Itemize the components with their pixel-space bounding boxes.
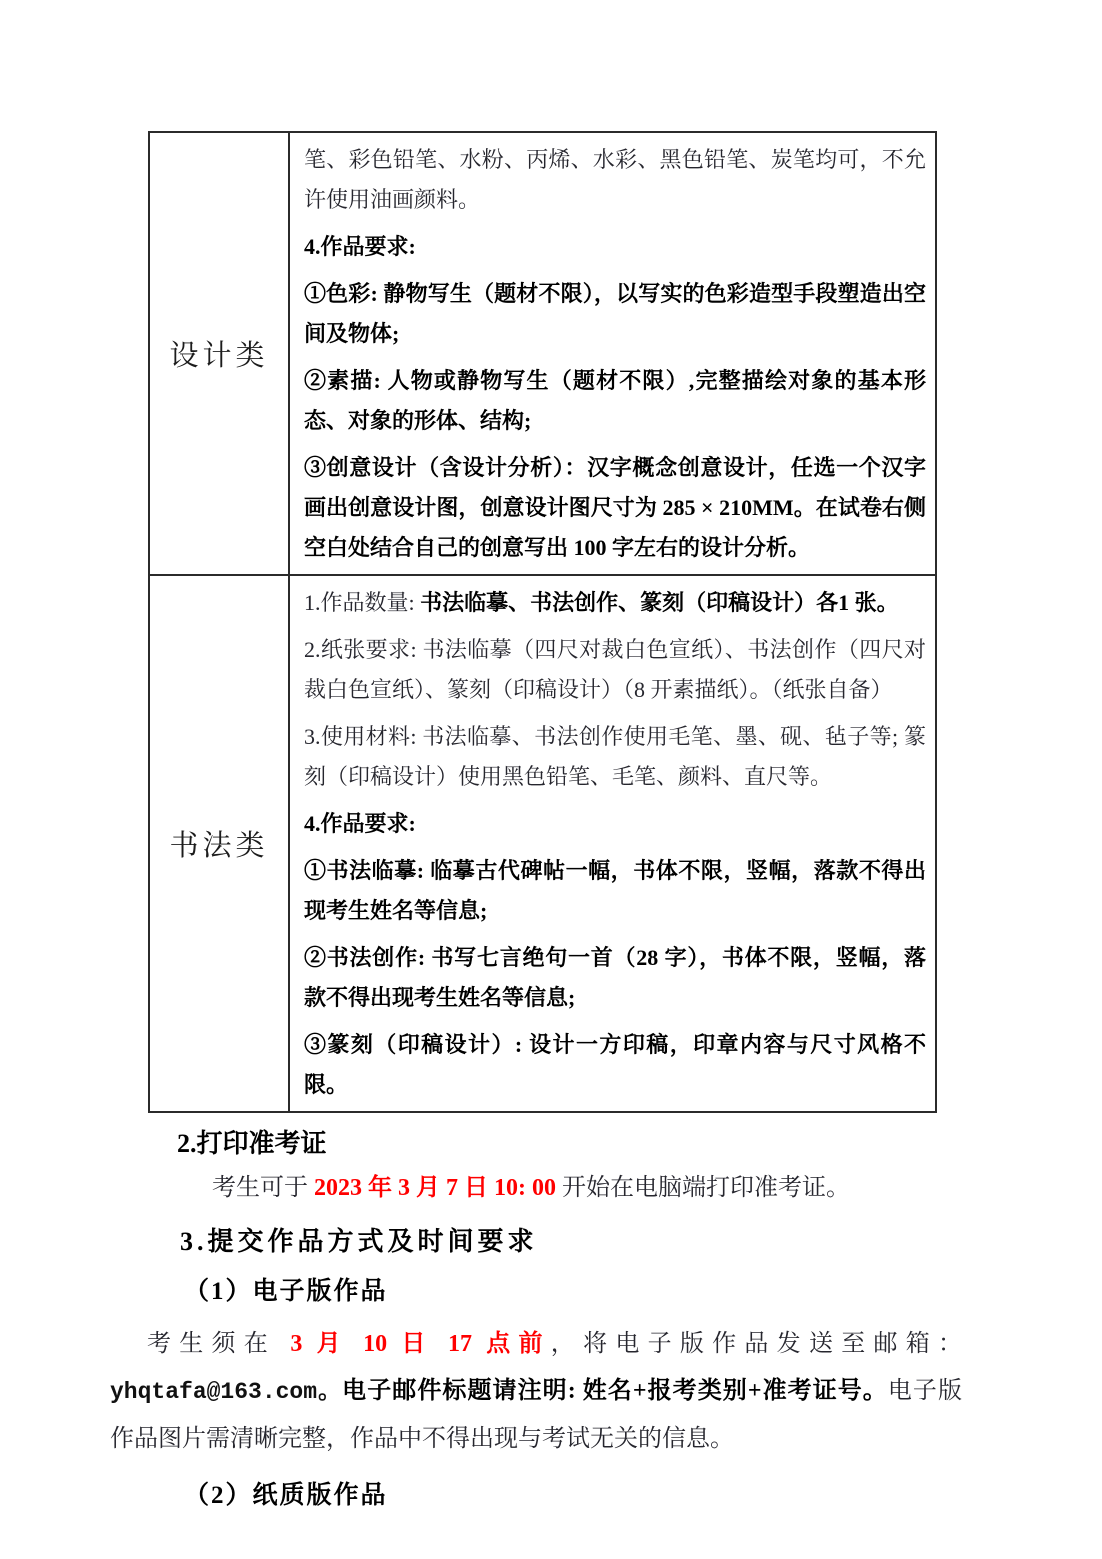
tail-line2: 电子版 bbox=[888, 1378, 962, 1404]
electronic-works-paragraph: 考生须在 3 月 10 日 17 点前，将电子版作品发送至邮箱： yhqtafa… bbox=[110, 1321, 962, 1463]
line1-prefix: 考生须在 bbox=[147, 1331, 290, 1357]
email-address: yhqtafa@163.com。 bbox=[110, 1379, 342, 1405]
design-work-requirements-heading: 4.作品要求: bbox=[304, 227, 926, 267]
email-subject-note: 电子邮件标题请注明: 姓名+报考类别+准考证号。 bbox=[342, 1378, 888, 1404]
design-item-creative-design: ③创意设计（含设计分析）：汉字概念创意设计，任选一个汉字画出创意设计图，创意设计… bbox=[304, 448, 926, 568]
document-content: 设计类 笔、彩色铅笔、水粉、丙烯、水彩、黑色铅笔、炭笔均可，不允许使用油画颜料。… bbox=[110, 131, 962, 1513]
print-ticket-suffix: 开始在电脑端打印准考证。 bbox=[556, 1175, 850, 1201]
calligraphy-item-creation: ②书法创作: 书写七言绝句一首（28 字），书体不限，竖幅，落款不得出现考生姓名… bbox=[304, 938, 926, 1018]
deadline-highlight: 3 月 10 日 17 点前 bbox=[290, 1331, 550, 1357]
calligraphy-requirements-cell: 1.作品数量: 书法临摹、书法创作、篆刻（印稿设计）各1 张。 2.纸张要求: … bbox=[290, 574, 935, 1111]
calligraphy-work-requirements-heading: 4.作品要求: bbox=[304, 804, 926, 844]
calligraphy-item-seal: ③篆刻（印稿设计）: 设计一方印稿，印章内容与尺寸风格不限。 bbox=[304, 1025, 926, 1105]
electronic-works-line2: yhqtafa@163.com。电子邮件标题请注明: 姓名+报考类别+准考证号。… bbox=[110, 1368, 962, 1416]
subheading-paper-works: （2）纸质版作品 bbox=[184, 1479, 962, 1513]
electronic-works-line1: 考生须在 3 月 10 日 17 点前，将电子版作品发送至邮箱： bbox=[110, 1321, 962, 1368]
design-requirements-cell: 笔、彩色铅笔、水粉、丙烯、水彩、黑色铅笔、炭笔均可，不允许使用油画颜料。 4.作… bbox=[290, 133, 935, 574]
category-cell-calligraphy: 书法类 bbox=[150, 574, 290, 1111]
category-label-design: 设计类 bbox=[169, 333, 268, 374]
electronic-works-line3: 作品图片需清晰完整，作品中不得出现与考试无关的信息。 bbox=[110, 1416, 962, 1463]
category-label-calligraphy: 书法类 bbox=[169, 823, 268, 864]
document-page: 设计类 笔、彩色铅笔、水粉、丙烯、水彩、黑色铅笔、炭笔均可，不允许使用油画颜料。… bbox=[0, 0, 1102, 1559]
calligraphy-materials: 3.使用材料: 书法临摹、书法创作使用毛笔、墨、砚、毡子等; 篆刻（印稿设计）使… bbox=[304, 717, 926, 797]
category-cell-design: 设计类 bbox=[150, 133, 290, 574]
design-item-color: ①色彩: 静物写生（题材不限），以写实的色彩造型手段塑造出空间及物体; bbox=[304, 274, 926, 354]
subheading-electronic-works: （1）电子版作品 bbox=[184, 1275, 962, 1309]
design-materials-continuation: 笔、彩色铅笔、水粉、丙烯、水彩、黑色铅笔、炭笔均可，不允许使用油画颜料。 bbox=[304, 140, 926, 220]
design-item-sketch: ②素描: 人物或静物写生（题材不限）,完整描绘对象的基本形态、对象的形体、结构; bbox=[304, 361, 926, 441]
quantity-label: 1.作品数量: bbox=[304, 590, 420, 615]
line1-suffix: ，将电子版作品发送至邮箱： bbox=[551, 1331, 962, 1357]
print-ticket-date-highlight: 2023 年 3 月 7 日 10: 00 bbox=[314, 1175, 556, 1201]
calligraphy-paper-requirements: 2.纸张要求: 书法临摹（四尺对裁白色宣纸）、书法创作（四尺对裁白色宣纸）、篆刻… bbox=[304, 630, 926, 710]
calligraphy-item-copy: ①书法临摹: 临摹古代碑帖一幅，书体不限，竖幅，落款不得出现考生姓名等信息; bbox=[304, 851, 926, 931]
quantity-value: 书法临摹、书法创作、篆刻（印稿设计）各1 张。 bbox=[420, 590, 899, 615]
print-ticket-paragraph: 考生可于 2023 年 3 月 7 日 10: 00 开始在电脑端打印准考证。 bbox=[212, 1171, 962, 1205]
calligraphy-work-quantity: 1.作品数量: 书法临摹、书法创作、篆刻（印稿设计）各1 张。 bbox=[304, 583, 926, 623]
exam-requirements-table: 设计类 笔、彩色铅笔、水粉、丙烯、水彩、黑色铅笔、炭笔均可，不允许使用油画颜料。… bbox=[148, 131, 937, 1113]
section-heading-submission: 3.提交作品方式及时间要求 bbox=[180, 1225, 962, 1259]
section-heading-print-ticket: 2.打印准考证 bbox=[177, 1127, 962, 1161]
print-ticket-prefix: 考生可于 bbox=[212, 1175, 314, 1201]
